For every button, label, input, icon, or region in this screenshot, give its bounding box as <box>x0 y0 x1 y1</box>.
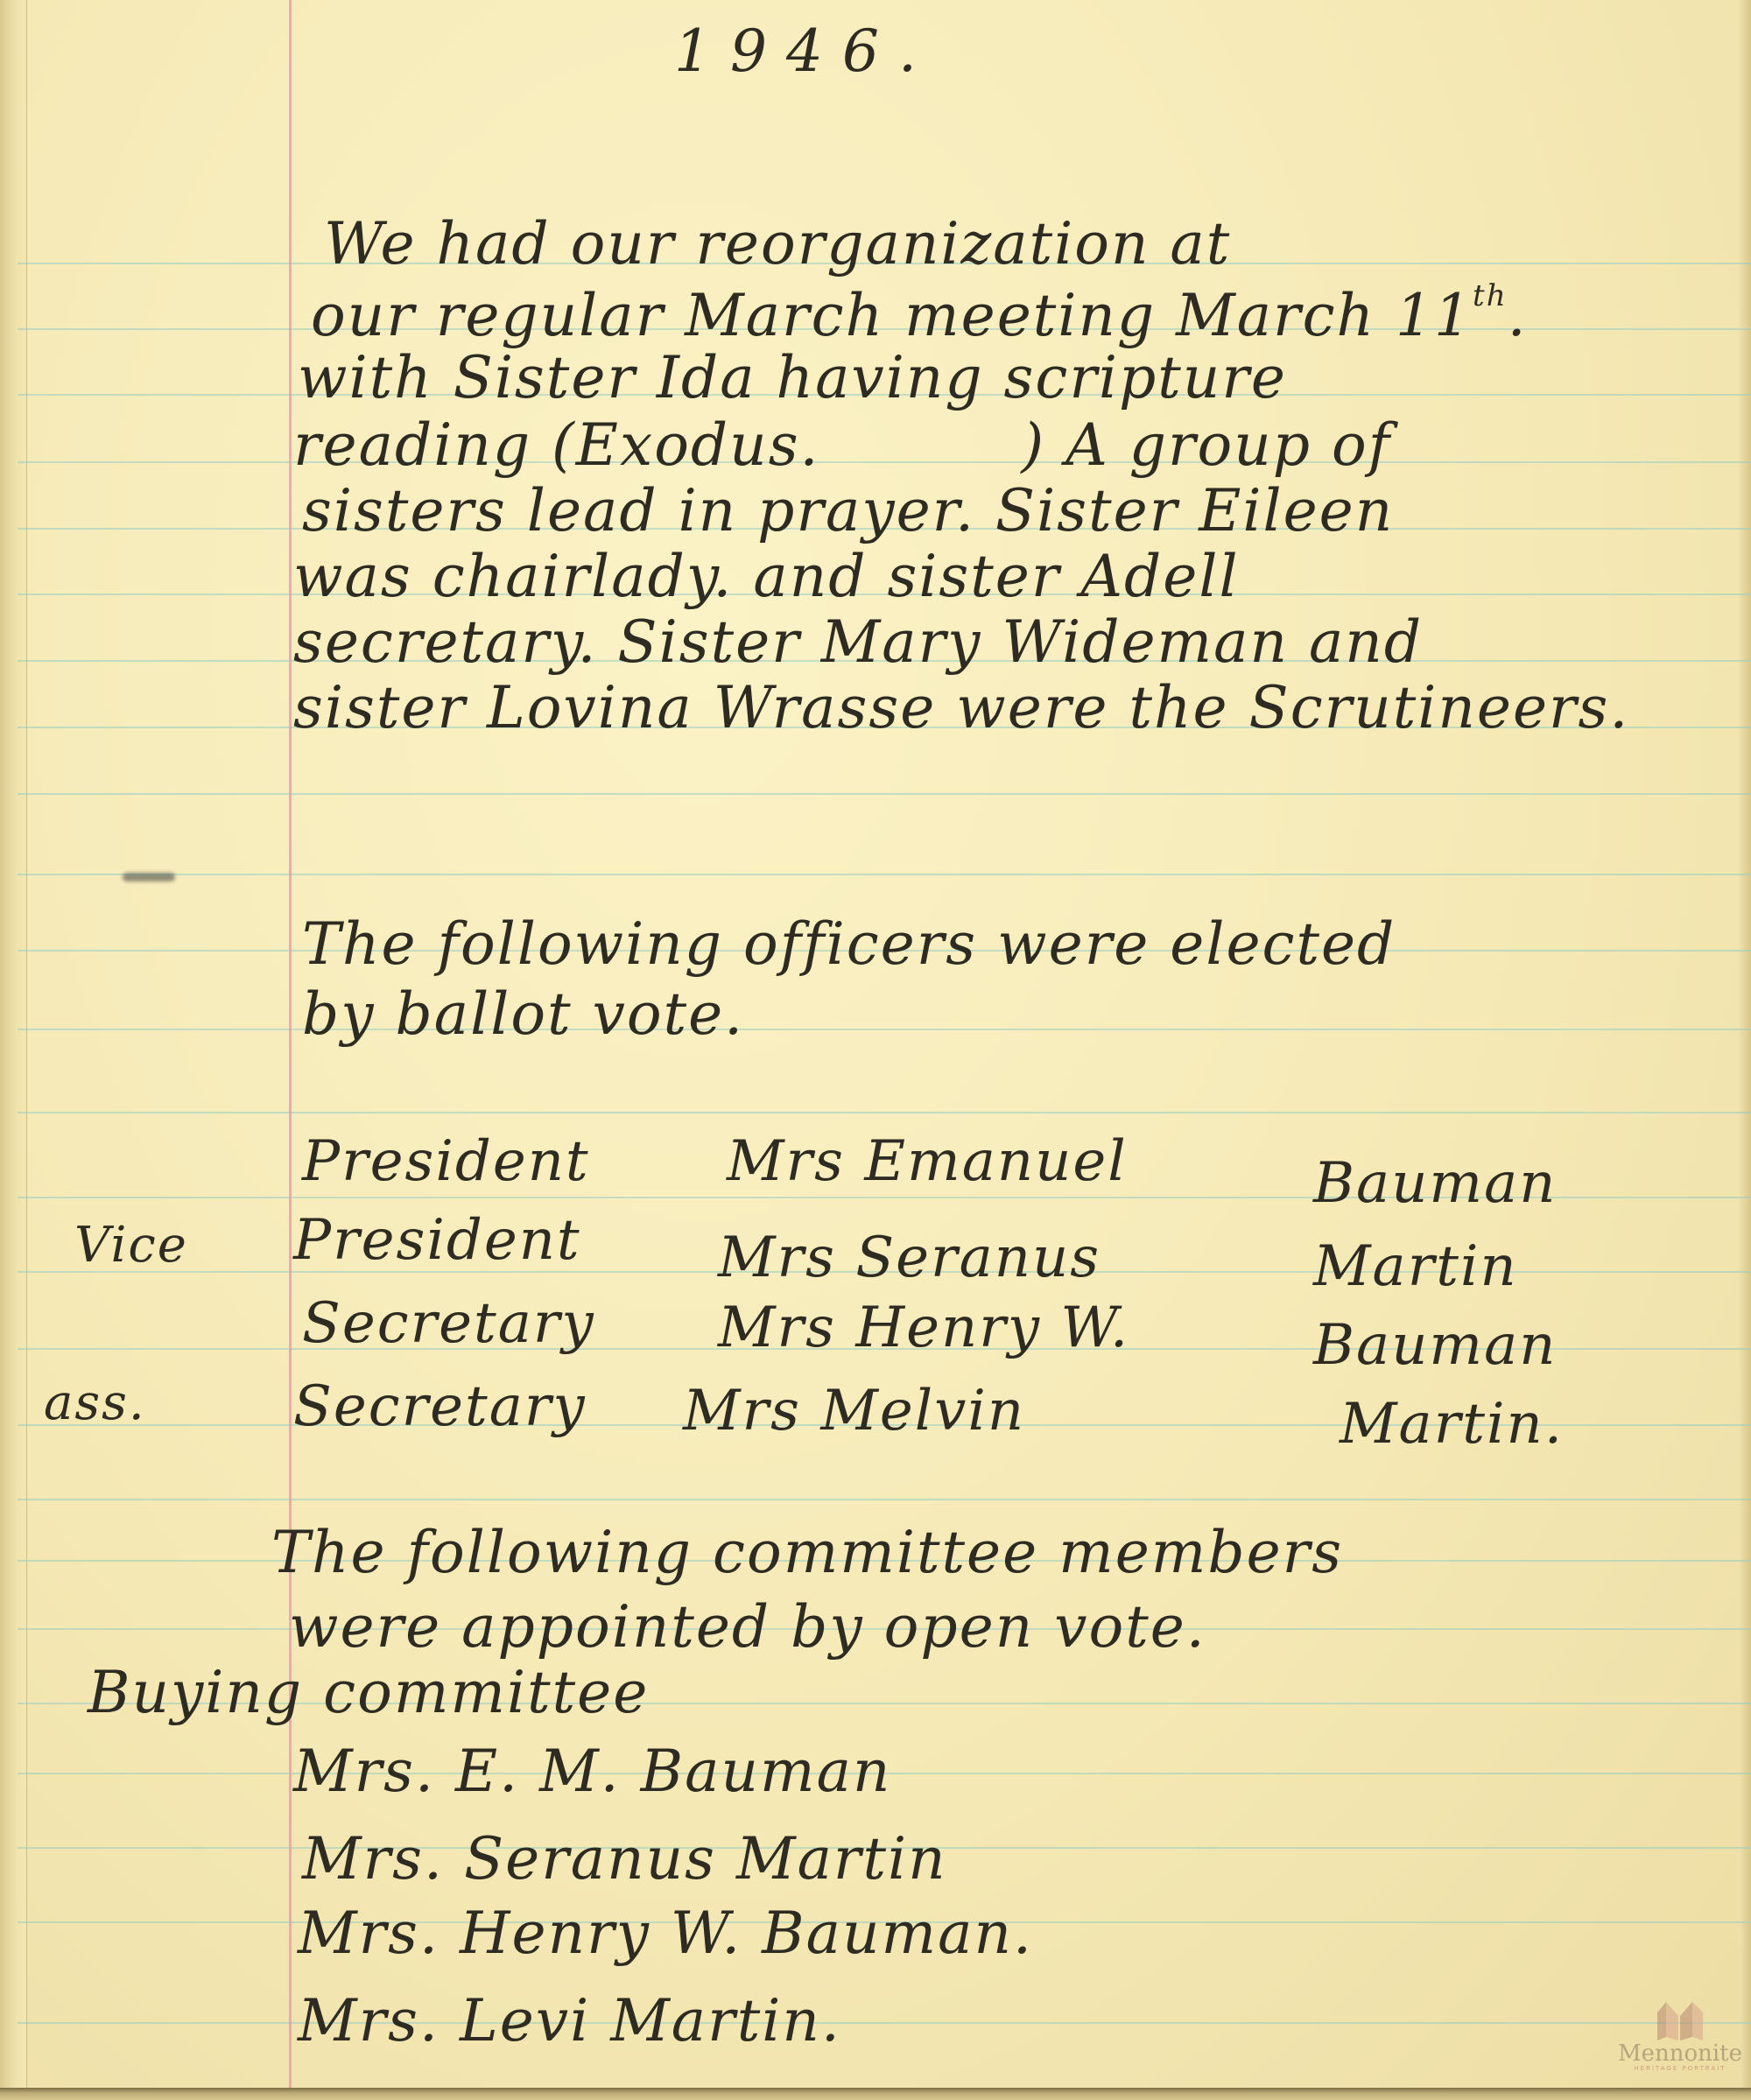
officer-name: Mrs Seranus <box>718 1226 1101 1290</box>
ruled-line <box>18 793 1751 795</box>
mennonite-logo-icon <box>1654 1997 1706 2042</box>
paragraph-line: We had our reorganization at <box>324 210 1231 277</box>
ruled-line <box>18 1112 1751 1113</box>
officer-surname: Martin. <box>1340 1392 1564 1457</box>
paragraph-line-text: our regular March meeting March 11 <box>311 282 1473 349</box>
committee-member: Mrs. Seranus Martin <box>302 1825 947 1893</box>
paragraph-line: was chairlady. and sister Adell <box>293 543 1240 610</box>
pencil-smudge <box>123 873 175 881</box>
paragraph-line: sister Lovina Wrasse were the Scrutineer… <box>293 674 1629 741</box>
committee-title: Buying committee <box>88 1659 649 1726</box>
page-bottom-edge <box>0 2088 1751 2100</box>
ordinal-suffix: th <box>1473 278 1508 313</box>
officer-surname: Bauman <box>1313 1313 1557 1378</box>
officer-surname: Martin <box>1313 1234 1518 1299</box>
notebook-page: 1946. We had our reorganization at our r… <box>0 0 1751 2100</box>
officer-name: Mrs Emanuel <box>727 1129 1128 1194</box>
year-heading: 1946. <box>674 18 936 85</box>
officer-name: Mrs Henry W. <box>718 1296 1129 1360</box>
officer-role: President <box>293 1208 581 1273</box>
paragraph-line: secretary. Sister Mary Wideman and <box>293 608 1423 676</box>
watermark-subtitle: HERITAGE PORTRAIT <box>1634 2065 1726 2072</box>
ruled-line <box>18 874 1751 875</box>
paragraph-line: sisters lead in prayer. Sister Eileen <box>302 477 1394 544</box>
officer-role: President <box>302 1129 590 1194</box>
officer-prefix: ass. <box>44 1374 146 1431</box>
paragraph-line: were appointed by open vote. <box>289 1593 1206 1661</box>
paragraph-line: with Sister Ida having scripture <box>298 344 1287 411</box>
paragraph-line: The following officers were elected <box>302 910 1396 978</box>
margin-line <box>289 0 292 2088</box>
officer-name: Mrs Melvin <box>683 1379 1025 1443</box>
mennonite-watermark: Mennonite HERITAGE PORTRAIT <box>1623 1997 1737 2084</box>
ruled-line <box>18 1029 1751 1030</box>
page-right-edge <box>1739 0 1751 2100</box>
officer-role: Secretary <box>302 1291 595 1356</box>
watermark-name: Mennonite <box>1618 2042 1742 2065</box>
paragraph-line: our regular March meeting March 11th. <box>311 278 1528 349</box>
officer-surname: Bauman <box>1313 1151 1557 1216</box>
officer-role: Secretary <box>293 1374 587 1439</box>
officer-prefix: Vice <box>74 1217 188 1274</box>
ruled-line <box>18 1499 1751 1500</box>
paragraph-line: The following committee members <box>271 1519 1343 1586</box>
paragraph-line: by ballot vote. <box>302 980 744 1048</box>
ruled-line <box>18 2022 1751 2024</box>
paragraph-line: reading (Exodus. ) A group of <box>293 411 1391 479</box>
committee-member: Mrs. E. M. Bauman <box>293 1738 891 1805</box>
committee-member: Mrs. Henry W. Bauman. <box>298 1900 1033 1967</box>
binding-edge <box>0 0 27 2100</box>
committee-member: Mrs. Levi Martin. <box>298 1987 841 2054</box>
